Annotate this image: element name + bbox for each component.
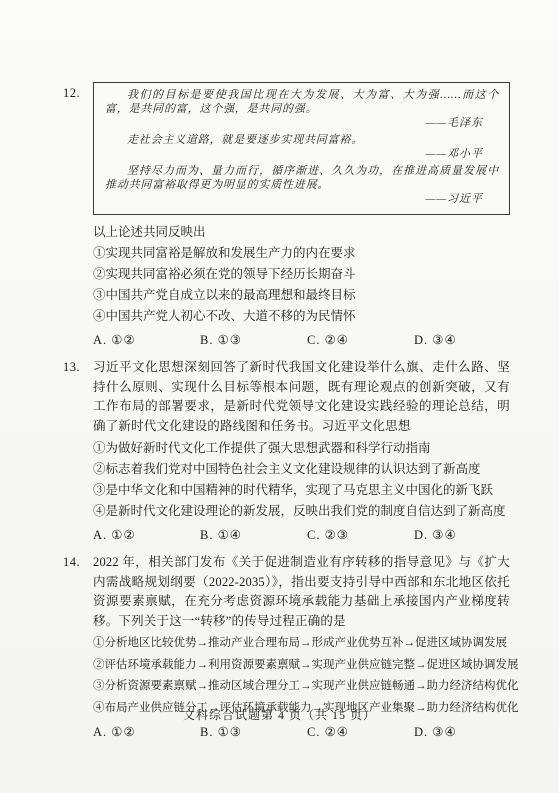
question-12-option-c: C. ②④ (307, 329, 414, 351)
quote-mao-author: ——毛泽东 (105, 116, 499, 131)
question-13-options: A. ①② B. ①④ C. ②③ D. ③④ (93, 524, 510, 546)
question-12-options: A. ①② B. ①③ C. ②④ D. ③④ (93, 329, 510, 351)
question-14-statement-1: ①分析地区比较优势→推动产业合理布局→形成产业优势互补→促进区域协调发展 (93, 633, 510, 655)
question-12-statement-1: ①实现共同富裕是解放和发展生产力的内在要求 (93, 243, 510, 264)
question-12-option-b: B. ①③ (200, 329, 307, 351)
question-12-body: 我们的目标是要使我国比现在大为发展、大为富、大为强……而这个富，是共同的富，这个… (93, 84, 510, 351)
question-14-options: A. ①② B. ①③ C. ②④ D. ③④ (93, 721, 510, 743)
quote-mao-text: 我们的目标是要使我国比现在大为发展、大为富、大为强……而这个富，是共同的富，这个… (105, 88, 499, 116)
question-12: 12. 我们的目标是要使我国比现在大为发展、大为富、大为强……而这个富，是共同的… (63, 84, 510, 351)
question-13-number: 13. (63, 358, 93, 377)
quote-deng-text: 走社会主义道路，就是要逐步实现共同富裕。 (105, 133, 499, 147)
question-12-statement-3: ③中国共产党自成立以来的最高理想和最终目标 (93, 285, 510, 306)
question-12-option-d: D. ③④ (414, 329, 457, 351)
question-13-statement-2: ②标志着我们党对中国特色社会主义文化建设规律的认识达到了新高度 (93, 459, 510, 480)
question-13-option-b: B. ①④ (200, 524, 307, 546)
quote-xi-text: 坚持尽力而为、量力而行，循序渐进、久久为功，在推进高质量发展中推动共同富裕取得更… (105, 164, 499, 192)
question-14-number: 14. (63, 553, 93, 572)
question-13-body: 习近平文化思想深刻回答了新时代我国文化建设举什么旗、走什么路、坚持什么原则、实现… (93, 358, 510, 546)
question-13-option-a: A. ①② (93, 524, 200, 546)
question-12-statement-2: ②实现共同富裕必须在党的领导下经历长期奋斗 (93, 264, 510, 285)
question-14-stem: 2022 年，相关部门发布《关于促进制造业有序转移的指导意见》与《扩大内需战略规… (93, 553, 510, 631)
question-14-statement-3: ③分析资源要素禀赋→推动区域合理分工→实现产业供应链畅通→助力经济结构优化 (93, 676, 510, 698)
page-footer: 文科综合试题第 4 页（共 15 页） (0, 706, 559, 723)
question-14-option-a: A. ①② (93, 721, 200, 743)
question-13: 13. 习近平文化思想深刻回答了新时代我国文化建设举什么旗、走什么路、坚持什么原… (63, 358, 510, 546)
question-13-statement-4: ④是新时代文化建设理论的新发展，反映出我们党的制度自信达到了新高度 (93, 501, 510, 522)
quote-deng-author: ——邓小平 (105, 147, 499, 162)
question-13-option-c: C. ②③ (307, 524, 414, 546)
question-12-number: 12. (63, 84, 93, 103)
question-14-statement-2: ②评估环境承载能力→利用资源要素禀赋→实现产业供应链完整→促进区域协调发展 (93, 655, 510, 677)
question-14-option-d: D. ③④ (414, 721, 457, 743)
quote-xi-author: ——习近平 (105, 192, 499, 207)
question-13-stem: 习近平文化思想深刻回答了新时代我国文化建设举什么旗、走什么路、坚持什么原则、实现… (93, 358, 510, 436)
question-12-lead: 以上论述共同反映出 (93, 222, 510, 243)
question-14-option-c: C. ②④ (307, 721, 414, 743)
exam-page: 12. 我们的目标是要使我国比现在大为发展、大为富、大为强……而这个富，是共同的… (0, 0, 559, 793)
question-13-option-d: D. ③④ (414, 524, 457, 546)
question-12-option-a: A. ①② (93, 329, 200, 351)
question-13-statement-3: ③是中华文化和中国精神的时代精华，实现了马克思主义中国化的新飞跃 (93, 480, 510, 501)
quote-box: 我们的目标是要使我国比现在大为发展、大为富、大为强……而这个富，是共同的富，这个… (93, 82, 510, 215)
question-12-statement-4: ④中国共产党人初心不改、大道不移的为民情怀 (93, 306, 510, 327)
question-13-statement-1: ①为做好新时代文化工作提供了强大思想武器和科学行动指南 (93, 438, 510, 459)
question-14-option-b: B. ①③ (200, 721, 307, 743)
